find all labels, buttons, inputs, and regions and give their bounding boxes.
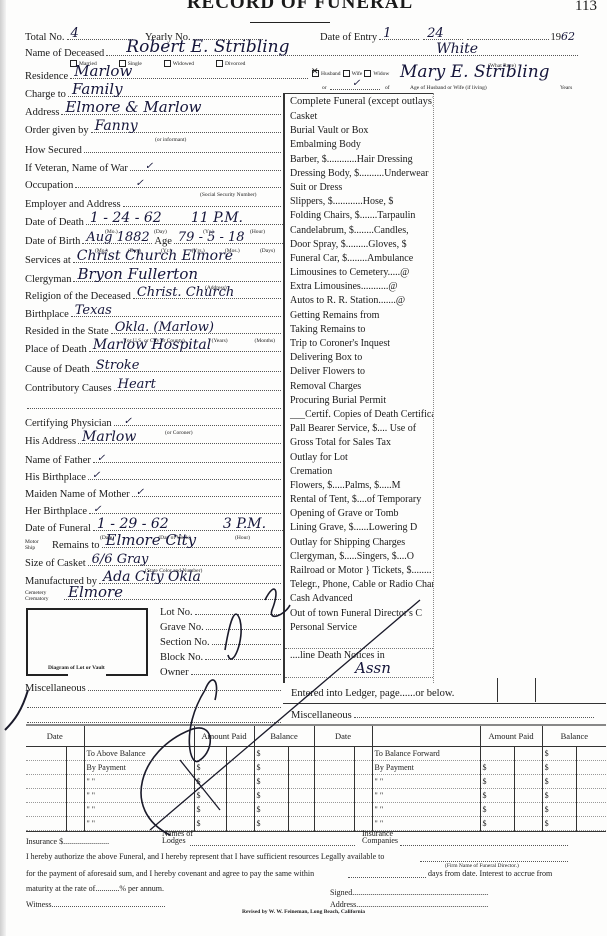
casket-size-value: 6/6 Gray [92,552,149,567]
spouse-husband-checkbox[interactable]: Husband [312,70,341,77]
payment-ledger: Date Amount Paid Balance Date Amount Pai… [26,724,606,832]
charge-item[interactable]: Clergyman, $.....Singers, $....O [285,550,433,564]
ledger-entry-label: Entered into Ledger, page......or below. [291,688,454,699]
ledger-balance-cell[interactable]: $ [542,746,576,760]
charge-item[interactable]: Gross Total for Sales Tax [285,436,433,450]
charge-item[interactable]: Autos to R. R. Station.......@ [285,294,433,308]
charge-to-value: Family [72,80,123,98]
physician-address-value: Marlow [82,429,136,445]
charge-item[interactable]: Slippers, $............Hose, $ [285,195,433,209]
ledger-description-cell[interactable]: By Payment [372,760,480,774]
ledger-date-cell[interactable] [26,816,66,830]
ledger-left-balance-header: Balance [254,726,314,746]
ledger-left-amount-header: Amount Paid [194,726,254,746]
charge-item[interactable]: Pall Bearer Service, $.... Use of [285,422,433,436]
ledger-amount-cents-cell[interactable] [514,746,542,760]
page-title: RECORD OF FUNERAL [160,0,440,14]
ledger-balance-cell[interactable]: $ [542,816,576,830]
residence-value: Marlow [74,62,132,80]
ledger-row[interactable]: By Payment$$By Payment$$ [26,760,606,774]
charge-item[interactable]: Burial Vault or Box [285,124,433,138]
address-value: Elmore & Marlow [65,98,201,116]
ledger-description-cell[interactable]: " " [372,774,480,788]
charge-item[interactable]: Procuring Burial Permit [285,394,433,408]
lot-diagram-caption: Diagram of Lot or Vault [48,665,105,671]
cemetery-value: Elmore [68,583,123,601]
order-given-value: Fanny [95,118,138,134]
ledger-amount-cents-cell[interactable] [514,816,542,830]
ledger-amount-cents-cell[interactable] [514,788,542,802]
ledger-amount-cell[interactable]: $ [480,774,514,788]
ledger-balance-cents-cell[interactable] [288,788,314,802]
ledger-row[interactable]: " "$$" "$$ [26,816,606,830]
ledger-balance-cents-cell[interactable] [288,746,314,760]
address-field[interactable]: Address Elmore & Marlow [25,104,283,122]
spouse-wife-checkbox[interactable]: Wife [343,70,363,77]
ledger-date-cell[interactable] [26,774,66,788]
cause-of-death-value: Stroke [96,358,140,373]
ledger-description-cell[interactable]: To Above Balance [84,746,194,760]
charge-item[interactable]: Trip to Coroner's Inquest [285,337,433,351]
contributory-causes-line2[interactable] [25,398,283,416]
birthplace-value: Texas [75,303,112,318]
charge-item[interactable]: Deliver Flowers to [285,365,433,379]
ledger-amount-cell[interactable]: $ [194,816,226,830]
charge-item[interactable]: Outlay for Shipping Charges [285,536,433,550]
ledger-right-amount-header: Amount Paid [480,726,542,746]
ledger-date-cell[interactable] [66,802,84,816]
charges-panel: Complete Funeral (except outlays) Casket… [283,93,433,683]
ledger-date-cell[interactable] [314,774,354,788]
charge-item[interactable] [285,678,433,684]
ledger-amount-cell[interactable]: $ [480,802,514,816]
misc-right-field[interactable]: Miscellaneous [291,707,596,725]
order-given-field[interactable]: Order given by Fanny [25,122,283,140]
religion-field[interactable]: Religion of the Deceased Christ. Church [25,288,283,306]
spouse-widow-checkbox[interactable]: Widow [364,70,389,77]
less-value: Assn [355,659,391,677]
father-birthplace-field[interactable]: His Birthplace ✓ [25,469,283,487]
charge-item[interactable]: Candelabrum, $........Candles, [285,224,433,238]
place-of-death-value: Marlow Hospital [93,337,211,353]
charge-item[interactable]: Cash Advanced [285,592,433,606]
ledger-balance-cents-cell[interactable] [288,774,314,788]
spouse-name-value: Mary E. Stribling [400,62,550,82]
ledger-balance-cell[interactable]: $ [542,774,576,788]
total-no-value: 4 [71,26,79,41]
place-of-death-field[interactable]: Place of Death Marlow Hospital [25,341,283,359]
page-number: 113 [575,0,597,15]
ledger-balance-cents-cell[interactable] [288,802,314,816]
authorize-statement: I hereby authorize the above Funeral, an… [26,852,384,861]
ledger-balance-cell[interactable]: $ [542,802,576,816]
charge-item[interactable]: Railroad or Motor } Tickets, $........ A… [285,564,433,578]
ledger-date-cell[interactable] [314,746,354,760]
charge-item[interactable]: Lining Grave, $......Lowering D [285,521,433,535]
ledger-balance-cents-cell[interactable] [576,816,606,830]
charge-item[interactable]: Embalming Body [285,138,433,152]
charge-to-label: Charge to [25,89,66,100]
date-of-entry-label: Date of Entry [320,32,377,43]
charge-item[interactable]: Casket [285,110,433,124]
charge-item[interactable]: Flowers, $.....Palms, $.....M [285,479,433,493]
time-of-death-value: 11 P.M. [191,210,243,226]
ledger-date-cell[interactable] [354,802,372,816]
charge-item[interactable]: Telegr., Phone, Cable or Radio Charges [285,578,433,592]
ledger-balance-cents-cell[interactable] [576,760,606,774]
funeral-director-field[interactable] [420,861,568,862]
clergyman-value: Bryon Fullerton [77,265,198,283]
ledger-amount-cents-cell[interactable] [514,760,542,774]
charge-item[interactable]: Delivering Box to [285,351,433,365]
ledger-balance-cell[interactable]: $ [254,816,288,830]
ledger-amount-cell[interactable]: $ [480,788,514,802]
ledger-date-cell[interactable] [26,746,66,760]
covenant-statement: for the payment of aforesaid sum, and I … [26,869,314,878]
charge-item[interactable]: Funeral Car, $........Ambulance [285,252,433,266]
ledger-balance-cell[interactable]: $ [254,788,288,802]
funeral-date-value: 1 - 29 - 62 [97,516,169,532]
ledger-date-cell[interactable] [66,774,84,788]
scan-edge [0,0,6,936]
entry-day: 24 [427,26,444,41]
ledger-right-balance-header: Balance [542,726,606,746]
witness-field[interactable]: Witness.................................… [26,900,165,909]
charge-item[interactable]: Taking Remains to [285,323,433,337]
age-value: 79 - 5 - 18 [178,230,245,245]
spouse-age-caption: Age of Husband or Wife (if living) [410,85,487,91]
mother-name-field[interactable]: Maiden Name of Mother ✓ [25,486,283,504]
ledger-balance-cell[interactable]: $ [254,802,288,816]
ledger-amount-cents-cell[interactable] [514,774,542,788]
entry-month: 1 [383,26,391,41]
ledger-date-cell[interactable] [354,746,372,760]
ledger-date-cell[interactable] [314,802,354,816]
spouse-type-group: Husband Wife Widow [312,70,389,77]
ledger-amount-cents-cell[interactable] [226,788,254,802]
ledger-balance-cell[interactable]: $ [254,774,288,788]
remains-to-field[interactable]: Remains to Elmore City [52,537,283,555]
resided-value: Okla. (Marlow) [115,320,214,335]
date-of-birth-value: Aug 1882 [86,230,149,245]
race-value: White [436,41,478,57]
ledger-description-cell[interactable]: By Payment [84,760,194,774]
ledger-date-cell[interactable] [314,816,354,830]
ledger-description-cell[interactable]: " " [372,788,480,802]
ledger-date-cell[interactable] [354,774,372,788]
contributory-causes-value: Heart [118,377,156,392]
veteran-field[interactable]: If Veteran, Name of War ✓ [25,160,283,178]
charge-item[interactable]: Folding Chairs, $.......Tarpaulin [285,209,433,223]
services-at-value: Christ Church Elmore [77,248,233,264]
remains-to-value: Elmore City [106,531,197,549]
form-credit: Revised by W. W. Feineman, Long Beach, C… [0,909,607,915]
ledger-row[interactable]: " "$$" "$$ [26,802,606,816]
charge-item[interactable]: Personal Service [285,621,433,635]
deceased-name-label: Name of Deceased [25,48,104,59]
charges-heading: Complete Funeral (except outlays) [285,94,433,110]
ledger-amount-cents-cell[interactable] [226,774,254,788]
ledger-amount-cell[interactable]: $ [194,774,226,788]
ledger-balance-cents-cell[interactable] [288,816,314,830]
religion-value: Christ. Church [137,285,234,300]
ledger-date-cell[interactable] [66,816,84,830]
charge-item[interactable] [285,635,433,649]
footer-address-field[interactable]: Address.................................… [330,900,488,909]
deceased-name-value: Robert E. Stribling [126,37,289,57]
ledger-amount-cents-cell[interactable] [226,816,254,830]
contributory-causes-field[interactable]: Contributory Causes Heart [25,380,283,398]
address-label: Address [25,107,59,118]
ledger-date-cell[interactable] [66,746,84,760]
ledger-date-cell[interactable] [26,788,66,802]
charge-item[interactable]: Outlay for Lot [285,451,433,465]
residence-label: Residence [25,71,68,82]
lodges-field[interactable] [190,845,355,846]
ledger-row[interactable]: " "$$" "$$ [26,774,606,788]
ledger-balance-cents-cell[interactable] [576,774,606,788]
ledger-date-cell[interactable] [314,760,354,774]
charge-item[interactable]: Barber, $............Hair Dressing [285,153,433,167]
ledger-date-cell[interactable] [66,760,84,774]
charge-item[interactable]: Getting Remains from [285,309,433,323]
ledger-amount-cents-cell[interactable] [226,760,254,774]
charge-item[interactable]: Door Spray, $.........Gloves, $ [285,238,433,252]
ledger-amount-cents-cell[interactable] [226,802,254,816]
ledger-amount-cents-cell[interactable] [226,746,254,760]
ledger-amount-cell[interactable]: $ [194,788,226,802]
days-field[interactable] [348,877,426,878]
father-name-field[interactable]: Name of Father ✓ [25,452,283,470]
ledger-balance-cell[interactable]: $ [542,788,576,802]
misc-left-field[interactable]: Miscellaneous [25,680,283,698]
title-underline [250,22,330,23]
ledger-balance-cell[interactable]: $ [254,746,288,760]
insurance-field[interactable]: Insurance $....................... [26,837,109,846]
physician-address-field[interactable]: His Address Marlow [25,433,283,451]
ledger-right-date-header: Date [314,726,372,746]
ledger-balance-cents-cell[interactable] [576,746,606,760]
ledger-amount-cell[interactable]: $ [194,802,226,816]
signed-field[interactable]: Signed..................................… [330,888,488,897]
ledger-description-cell[interactable]: " " [84,774,194,788]
charges-list: CasketBurial Vault or BoxEmbalming BodyB… [285,110,433,683]
ledger-balance-cents-cell[interactable] [576,788,606,802]
ledger-date-cell[interactable] [26,760,66,774]
funeral-record-page: RECORD OF FUNERAL 113 Total No. 4 Yearly… [0,0,607,936]
ledger-balance-cell[interactable]: $ [542,760,576,774]
ledger-date-cell[interactable] [66,788,84,802]
ledger-row[interactable]: To Above Balance$To Balance Forward$ [26,746,606,760]
charge-item[interactable]: Removal Charges [285,380,433,394]
ledger-balance-cents-cell[interactable] [576,802,606,816]
ledger-amount-cell[interactable]: $ [480,816,514,830]
charge-item[interactable]: Out of town Funeral Director's C [285,607,433,621]
insurance-companies-field[interactable] [400,845,568,846]
ledger-amount-cell[interactable]: $ [194,760,226,774]
ledger-amount-cell[interactable]: $ [480,760,514,774]
charge-item[interactable]: Suit or Dress [285,181,433,195]
ledger-amount-cents-cell[interactable] [514,802,542,816]
ledger-amount-cell[interactable] [480,746,514,760]
charge-item[interactable]: Opening of Grave or Tomb [285,507,433,521]
ledger-row[interactable]: " "$$" "$$ [26,788,606,802]
charge-item[interactable]: Dressing Body, $..........Underwear [285,167,433,181]
marital-widowed[interactable]: Widowed [164,60,194,67]
ledger-description-cell[interactable]: " " [372,802,480,816]
how-secured-field[interactable]: How Secured [25,142,283,160]
funeral-hour-value: 3 P.M. [223,516,266,532]
ledger-rows: To Above Balance$To Balance Forward$By P… [26,746,606,831]
ledger-date-cell[interactable] [314,788,354,802]
residence-field[interactable]: Residence Marlow [25,68,310,86]
ledger-amount-cell[interactable] [194,746,226,760]
charge-item[interactable]: Limousines to Cemetery.....@ [285,266,433,280]
date-of-death-value: 1 - 24 - 62 [90,210,162,226]
ledger-description-cell[interactable]: " " [84,788,194,802]
ledger-balance-cents-cell[interactable] [288,760,314,774]
ledger-date-cell[interactable] [354,788,372,802]
ledger-date-cell[interactable] [354,760,372,774]
charge-item[interactable]: Rental of Tent, $....of Temporary [285,493,433,507]
ledger-balance-cell[interactable]: $ [254,760,288,774]
ledger-description-cell[interactable]: To Balance Forward [372,746,480,760]
ledger-description-cell[interactable]: " " [84,802,194,816]
ledger-left-date-header: Date [26,726,84,746]
ledger-date-cell[interactable] [26,802,66,816]
entry-year: 62 [561,30,575,43]
certifying-physician-field[interactable]: Certifying Physician ✓ [25,415,283,433]
charge-item[interactable]: Cremation [285,465,433,479]
total-no-label: Total No. [25,32,65,43]
charge-item[interactable]: ___Certif. Copies of Death Certificate [285,408,433,422]
charge-item[interactable]: Extra Limousines...........@ [285,280,433,294]
marital-divorced[interactable]: Divorced [216,60,245,67]
